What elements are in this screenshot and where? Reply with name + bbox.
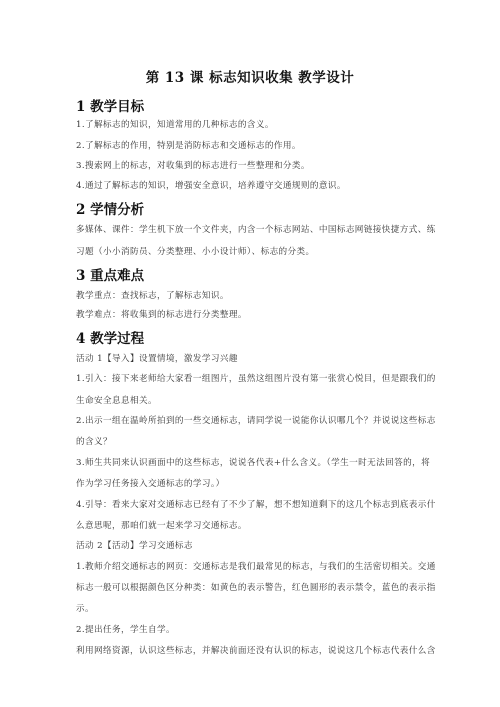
section-heading-analysis: 2 学情分析 bbox=[76, 198, 144, 218]
paragraph-line: 4.引导：看来大家对交通标志已经有了不少了解，想不想知道剩下的这几个标志到底表示… bbox=[76, 498, 436, 510]
paragraph-line: 教学重点：查找标志，了解标志知识。 bbox=[76, 289, 229, 301]
paragraph-line: 标志一般可以根据颜色区分种类：如黄色的表示警告，红色圆形的表示禁令，蓝色的表示指 bbox=[76, 581, 436, 593]
document-title: 第 13 课 标志知识收集 教学设计 bbox=[0, 66, 500, 86]
activity-title: 活动 2【活动】学习交通标志 bbox=[76, 539, 193, 551]
paragraph-line: 作为学习任务接入交通标志的学习。） bbox=[76, 477, 225, 489]
paragraph-line: 1.引入：接下来老师给大家看一组图片，虽然这组图片没有第一张赏心悦目，但是跟我们… bbox=[76, 372, 436, 384]
section-heading-key-points: 3 重点难点 bbox=[76, 264, 144, 284]
paragraph-line: 的含义？ bbox=[76, 435, 112, 447]
paragraph-line: 生命安全息息相关。 bbox=[76, 394, 157, 406]
paragraph-line: 示。 bbox=[76, 602, 94, 614]
document-page: 第 13 课 标志知识收集 教学设计 1 教学目标 1.了解标志的知识，知道常用… bbox=[0, 0, 500, 707]
paragraph-line: 4.通过了解标志的知识，增强安全意识，培养遵守交通规则的意识。 bbox=[76, 179, 346, 191]
paragraph-line: 3.搜索网上的标志，对收集到的标志进行一些整理和分类。 bbox=[76, 159, 310, 171]
paragraph-line: 习题（小小消防员、分类整理、小小设计师）、标志的分类。 bbox=[76, 245, 315, 257]
paragraph-line: 2.了解标志的作用，特别是消防标志和交通标志的作用。 bbox=[76, 139, 301, 151]
activity-title: 活动 1【导入】设置情境，激发学习兴趣 bbox=[76, 352, 238, 364]
paragraph-line: 2.提出任务，学生自学。 bbox=[76, 623, 175, 635]
section-heading-goals: 1 教学目标 bbox=[76, 95, 144, 115]
paragraph-line: 1.了解标志的知识，知道常用的几种标志的含义。 bbox=[76, 118, 274, 130]
paragraph-line: 多媒体、课件：学生机下放一个文件夹，内含一个标志网站、中国标志网链接快捷方式、练 bbox=[76, 223, 436, 235]
paragraph-line: 利用网络资源，认识这些标志，并解决前面还没有认识的标志，说说这几个标志代表什么含 bbox=[76, 644, 436, 656]
paragraph-line: 2.出示一组在温岭所拍到的一些交通标志，请同学说一说能你认识哪几个？并说说这些标… bbox=[76, 414, 436, 426]
section-heading-process: 4 教学过程 bbox=[76, 327, 144, 347]
paragraph-line: 3.师生共同来认识画面中的这些标志，说说各代表+什么含义。（学生一时无法回答的，… bbox=[76, 456, 430, 468]
paragraph-line: 么意思呢，那咱们就一起来学习交通标志。 bbox=[76, 519, 247, 531]
paragraph-line: 教学难点：将收集到的标志进行分类整理。 bbox=[76, 308, 247, 320]
paragraph-line: 1.教师介绍交通标志的网页：交通标志是我们最常见的标志，与我们的生活密切相关。交… bbox=[76, 560, 436, 572]
